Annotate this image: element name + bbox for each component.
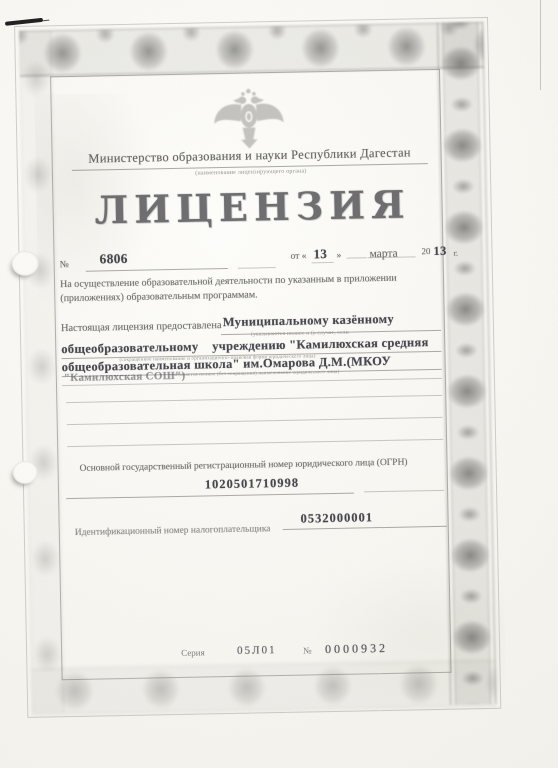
date-year-unit: г.: [453, 249, 458, 258]
blank-number-value: 0000932: [325, 641, 388, 657]
series-label: Серия: [181, 647, 205, 657]
license-number-value: 6806: [99, 251, 128, 268]
date-month-value: марта: [369, 248, 397, 261]
date-close-quote: »: [336, 251, 341, 261]
inn-value: 0532000001: [300, 510, 373, 526]
paper-edge-line: [540, 0, 541, 90]
license-number-label: №: [60, 260, 69, 270]
scan-tilt-layer: Министерство образования и науки Республ…: [0, 0, 558, 768]
date-day-value: 13: [313, 246, 327, 262]
date-prefix: от «: [290, 251, 306, 261]
scanned-license-page: Министерство образования и науки Республ…: [0, 0, 558, 768]
date-year-prefix: 20: [421, 246, 430, 256]
coat-of-arms-eagle-icon: [206, 86, 291, 152]
blank-number-label: №: [303, 645, 312, 655]
series-value: 05Л01: [237, 644, 277, 657]
document-title: ЛИЦЕНЗИЯ: [72, 181, 433, 233]
date-year-value: 13: [433, 244, 446, 259]
